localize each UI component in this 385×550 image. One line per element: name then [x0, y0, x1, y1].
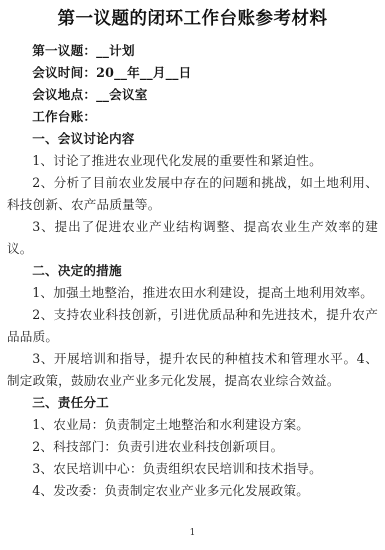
- discussion-item-1: 1、讨论了推进农业现代化发展的重要性和紧迫性。: [7, 150, 378, 172]
- page-number: 1: [0, 528, 385, 538]
- responsibility-item-1: 1、农业局：负责制定土地整治和水利建设方案。: [7, 414, 378, 436]
- responsibility-item-2: 2、科技部门：负责引进农业科技创新项目。: [7, 436, 378, 458]
- measures-item-2: 2、支持农业科技创新，引进优质品种和先进技术，提升农产品品质。: [7, 304, 378, 348]
- measures-item-3: 3、开展培训和指导，提升农民的种植技术和管理水平。4、制定政策，鼓励农业产业多元…: [7, 348, 378, 392]
- meta-topic-line: 第一议题：__计划: [7, 40, 378, 62]
- meta-location-line: 会议地点：__会议室: [7, 84, 378, 106]
- discussion-item-2: 2、分析了目前农业发展中存在的问题和挑战，如土地利用、科技创新、农产品质量等。: [7, 172, 378, 216]
- discussion-item-3: 3、提出了促进农业产业结构调整、提高农业生产效率的建议。: [7, 216, 378, 260]
- meta-time-line: 会议时间：20__年__月__日: [7, 62, 378, 84]
- document-title: 第一议题的闭环工作台账参考材料: [7, 6, 378, 32]
- section-measures-heading: 二、决定的措施: [7, 260, 378, 282]
- section-discussion-heading: 一、会议讨论内容: [7, 128, 378, 150]
- meta-ledger-label: 工作台账：: [7, 106, 378, 128]
- responsibility-item-3: 3、农民培训中心：负责组织农民培训和技术指导。: [7, 458, 378, 480]
- responsibility-item-4: 4、发改委：负责制定农业产业多元化发展政策。: [7, 480, 378, 502]
- section-responsibility-heading: 三、责任分工: [7, 392, 378, 414]
- measures-item-1: 1、加强土地整治，推进农田水利建设，提高土地利用效率。: [7, 282, 378, 304]
- document-page: 第一议题的闭环工作台账参考材料 第一议题：__计划 会议时间：20__年__月_…: [0, 0, 385, 550]
